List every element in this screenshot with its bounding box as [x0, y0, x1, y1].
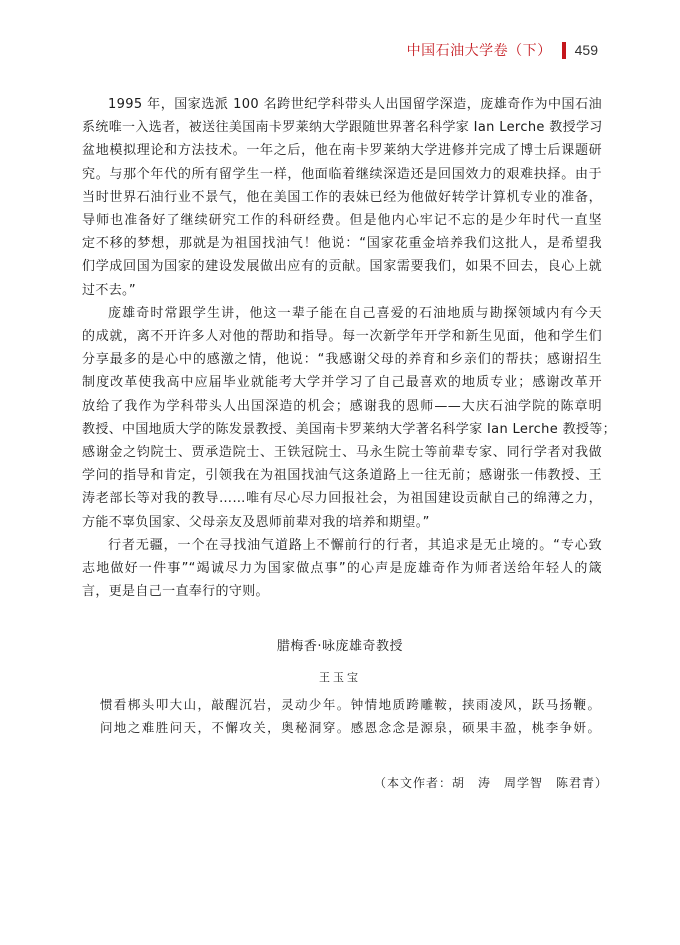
- text-line: 学问的指导和肯定，引领我在为祖国找油气这条道路上一往无前；感谢张一伟教授、王: [82, 464, 602, 487]
- article-byline: （本文作者：胡 涛 周学智 陈君青）: [374, 774, 608, 791]
- text-line: 当时世界石油行业不景气，他在美国工作的表妹已经为他做好转学计算机专业的准备，: [82, 186, 602, 209]
- poem-line: 问地之难胜问天，不懈攻关，奥秘洞穿。感恩念念是源泉，硕果丰盈，桃李争妍。: [100, 716, 600, 739]
- poem-title: 腊梅香·咏庞雄奇教授: [0, 635, 680, 654]
- text-line: 制度改革使我高中应届毕业就能考大学并学习了自己最喜欢的地质专业；感谢改革开: [82, 371, 602, 394]
- paragraph-1: 1995 年，国家选派 100 名跨世纪学科带头人出国留学深造，庞雄奇作为中国石…: [82, 93, 602, 302]
- text-line: 盆地模拟理论和方法技术。一年之后，他在南卡罗莱纳大学进修并完成了博士后课题研: [82, 139, 602, 162]
- poem-body: 惯看梆头叩大山，敲醒沉岩，灵动少年。钟情地质跨雕鞍，挟雨凌风，跃马扬鞭。 问地之…: [100, 693, 600, 739]
- text-line: 系统唯一入选者，被送往美国南卡罗莱纳大学跟随世界著名科学家 Ian Lerche…: [82, 116, 602, 139]
- running-header: 中国石油大学卷（下） 459: [407, 40, 598, 60]
- book-title: 中国石油大学卷（下）: [407, 40, 552, 60]
- text-line: 庞雄奇时常跟学生讲，他这一辈子能在自己喜爱的石油地质与勘探领域内有今天: [82, 302, 602, 325]
- text-line: 志地做好一件事”“竭诚尽力为国家做点事”的心声是庞雄奇作为师者送给年轻人的箴: [82, 557, 602, 580]
- paragraph-3: 行者无疆，一个在寻找油气道路上不懈前行的行者，其追求是无止境的。“专心致 志地做…: [82, 534, 602, 604]
- text-line: 言，更是自己一直奉行的守则。: [82, 580, 602, 603]
- paragraph-2: 庞雄奇时常跟学生讲，他这一辈子能在自己喜爱的石油地质与勘探领域内有今天 的成就，…: [82, 302, 602, 534]
- header-divider-bar: [562, 42, 566, 59]
- poem-line: 惯看梆头叩大山，敲醒沉岩，灵动少年。钟情地质跨雕鞍，挟雨凌风，跃马扬鞭。: [100, 693, 600, 716]
- text-line: 分享最多的是心中的感激之情，他说：“我感谢父母的养育和乡亲们的帮扶；感谢招生: [82, 348, 602, 371]
- text-line: 方能不辜负国家、父母亲友及恩师前辈对我的培养和期望。”: [82, 511, 602, 534]
- text-line: 导师也准备好了继续研究工作的科研经费。但是他内心牢记不忘的是少年时代一直坚: [82, 209, 602, 232]
- poem-author: 王玉宝: [0, 669, 680, 685]
- text-line: 究。与那个年代的所有留学生一样，他面临着继续深造还是回国效力的艰难抉择。由于: [82, 163, 602, 186]
- text-line: 放给了我作为学科带头人出国深造的机会；感谢我的恩师——大庆石油学院的陈章明: [82, 395, 602, 418]
- text-line: 们学成回国为国家的建设发展做出应有的贡献。国家需要我们，如果不回去，良心上就: [82, 255, 602, 278]
- text-line: 教授、中国地质大学的陈发景教授、美国南卡罗莱纳大学著名科学家 Ian Lerch…: [82, 418, 602, 441]
- text-line: 的成就，离不开许多人对他的帮助和指导。每一次新学年开学和新生见面，他和学生们: [82, 325, 602, 348]
- text-line: 感谢金之钧院士、贾承造院士、王铁冠院士、马永生院士等前辈专家、同行学者对我做: [82, 441, 602, 464]
- text-line: 过不去。”: [82, 279, 602, 302]
- text-line: 行者无疆，一个在寻找油气道路上不懈前行的行者，其追求是无止境的。“专心致: [82, 534, 602, 557]
- text-line: 定不移的梦想，那就是为祖国找油气！他说：“国家花重金培养我们这批人，是希望我: [82, 232, 602, 255]
- article-body: 1995 年，国家选派 100 名跨世纪学科带头人出国留学深造，庞雄奇作为中国石…: [82, 93, 602, 603]
- page-number: 459: [575, 42, 598, 58]
- text-line: 涛老部长等对我的教导……唯有尽心尽力回报社会，为祖国建设贡献自己的绵薄之力，: [82, 487, 602, 510]
- text-line: 1995 年，国家选派 100 名跨世纪学科带头人出国留学深造，庞雄奇作为中国石…: [82, 93, 602, 116]
